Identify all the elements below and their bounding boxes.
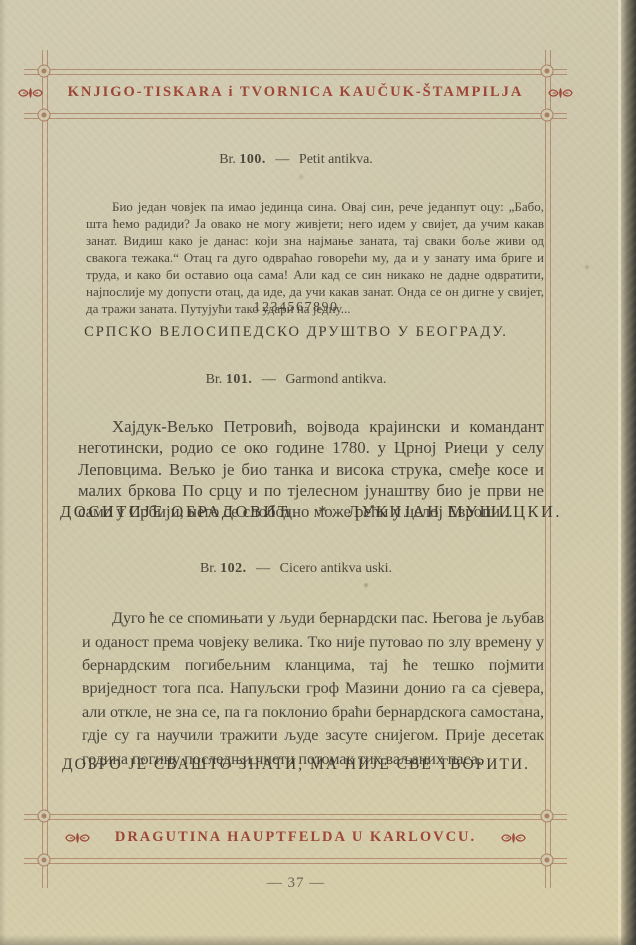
fleuron-icon bbox=[547, 85, 574, 101]
specimen-display-line: ДОБРО ЈЕ СВАШТО ЗНАТИ, МА НИЈЕ СВЕ ТВОРИ… bbox=[60, 756, 532, 774]
bottom-shadow bbox=[0, 935, 636, 945]
page-title: KNJIGO-TISKARA i TVORNICA KAUČUK-ŠTAMPIL… bbox=[68, 84, 524, 101]
book-edge-shadow bbox=[621, 0, 636, 945]
sample-heading-101: Br. 101. — Garmond antikva. bbox=[60, 372, 532, 388]
fleuron-icon bbox=[500, 830, 527, 846]
sample-typeface-name: Cicero antikva uski. bbox=[280, 561, 392, 576]
frame-rule-left bbox=[42, 50, 48, 888]
sample-prefix: Br. bbox=[200, 561, 217, 576]
sample-number: 100. bbox=[239, 152, 266, 167]
specimen-digits: 1234567890 bbox=[60, 300, 532, 316]
masthead: KNJIGO-TISKARA i TVORNICA KAUČUK-ŠTAMPIL… bbox=[24, 71, 567, 114]
imprint-band: DRAGUTINA HAUPTFELDA U KARLOVCU. bbox=[24, 816, 567, 859]
sample-prefix: Br. bbox=[219, 152, 236, 167]
sample-dash: — bbox=[256, 561, 270, 576]
sample-typeface-name: Petit antikva. bbox=[299, 152, 373, 167]
imprint-title: DRAGUTINA HAUPTFELDA U KARLOVCU. bbox=[115, 829, 476, 846]
sample-heading-100: Br. 100. — Petit antikva. bbox=[60, 152, 532, 168]
page-number: — 37 — bbox=[60, 875, 532, 892]
specimen-display-line: ДОСИТИЈЕ ОБРАДОВИЋ. * ЛУКИЈАН МУШИЦКИ. bbox=[60, 502, 532, 522]
sample-dash: — bbox=[262, 372, 276, 387]
specimen-display-line: СРПСКО ВЕЛОСИПЕДСКО ДРУШТВО У БЕОГРАДУ. bbox=[60, 324, 532, 341]
specimen-text-cicero: Дуго ће се спомињати у људи бернардски п… bbox=[82, 607, 544, 771]
fleuron-icon bbox=[64, 830, 91, 846]
sample-number: 101. bbox=[226, 372, 253, 387]
fleuron-icon bbox=[17, 85, 44, 101]
sample-typeface-name: Garmond antikva. bbox=[285, 372, 386, 387]
frame-rule-right bbox=[545, 50, 551, 888]
sample-dash: — bbox=[275, 152, 289, 167]
sample-heading-102: Br. 102. — Cicero antikva uski. bbox=[60, 561, 532, 577]
left-shadow bbox=[0, 0, 6, 945]
sample-number: 102. bbox=[220, 561, 247, 576]
book-page: KNJIGO-TISKARA i TVORNICA KAUČUK-ŠTAMPIL… bbox=[0, 0, 636, 945]
sample-prefix: Br. bbox=[206, 372, 223, 387]
